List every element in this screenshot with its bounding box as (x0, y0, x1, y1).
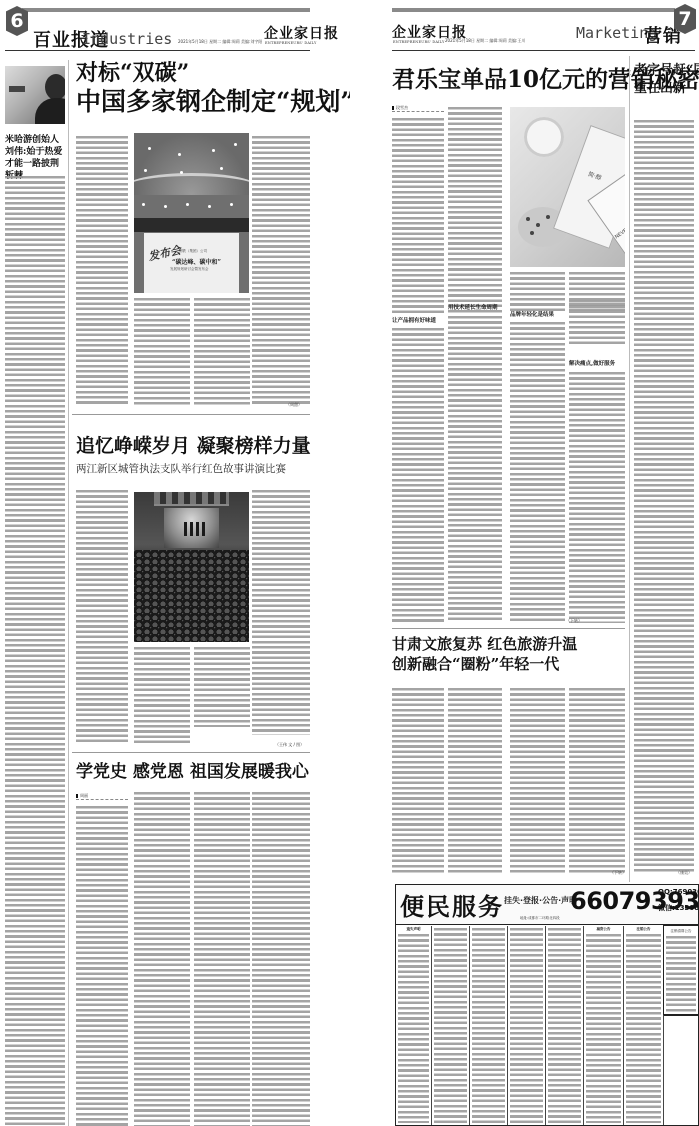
lead-body-col-3a (510, 272, 565, 312)
third-byline: 周丽 (76, 793, 128, 800)
second-credit: （王伟 文 / 图） (275, 742, 304, 748)
dateline: 2021年5月18日 星期二 编辑:周莉 美编:刘宇阳 (178, 39, 262, 45)
section-title-en: Industries (82, 30, 172, 48)
second-body-col-3 (510, 688, 565, 874)
lead-subhead-1: 让产品拥有好味道 (392, 316, 436, 324)
classified-column (470, 926, 508, 1125)
column-rule (68, 60, 69, 1126)
third-body-col-1 (76, 806, 128, 1126)
header-rule-bottom (5, 50, 310, 51)
dateline: 2021年5月18日 星期二 编辑:周莉 美编:王川 (445, 38, 525, 44)
portrait-photo (5, 66, 65, 124)
third-headline: 学党史 感党恩 祖国发展暖我心 (76, 764, 309, 782)
classified-column (546, 926, 584, 1125)
section-divider (72, 414, 310, 415)
header-rule-top (22, 8, 310, 12)
second-headline-line2: 创新融合“圈粉”年轻一代 (392, 657, 559, 673)
classified-column: 注销公告 (624, 926, 664, 1125)
column-rule (629, 56, 630, 882)
side-story-body (634, 120, 694, 872)
classifieds-title: 便民服务 (400, 887, 504, 922)
lead-end-mark: （周甜） (286, 402, 302, 408)
second-body-col-4 (569, 688, 625, 874)
lead-body-col-4 (252, 136, 310, 406)
header-rule-bottom (392, 50, 695, 51)
lead-body-col-1b (392, 328, 444, 623)
classifieds-block: 便民服务 挂失·登报·公告·声明 66079393 QQ:769036015 微… (395, 884, 699, 1126)
section-divider-2 (72, 752, 310, 753)
lead-subhead-4: 解决痛点,做好服务 (569, 359, 615, 367)
lead-headline-line1: 对标“双碳” (76, 62, 189, 85)
stage-event-photo (134, 492, 249, 642)
page-number-badge: 7 (674, 4, 696, 34)
page-number-badge: 6 (6, 6, 28, 36)
classifieds-subtitle: 挂失·登报·公告·声明 (504, 895, 577, 906)
side-headline-line2: 重在出新 (634, 82, 686, 96)
screen-text-company: 钢铁（集团）公司 (179, 249, 207, 254)
classified-column (508, 926, 546, 1125)
notice-title: 注销清算公告 (664, 929, 698, 934)
product-photo: 简·醇 NEVER ENDING JOURNEY (510, 107, 625, 267)
second-body-col-2 (134, 647, 190, 745)
second-end-mark: （下转） (610, 870, 626, 876)
second-body-col-1 (392, 688, 444, 874)
lead-body-col-3 (510, 322, 565, 623)
lead-subhead-3: 品牌年轻化是结果 (510, 310, 554, 318)
masthead-en: ENTREPRENEURS' DAILY (265, 41, 317, 45)
classifieds-address: 地址:成都市二环路北四段 (520, 916, 560, 921)
lead-byline: 段雪杰 (392, 105, 444, 112)
conference-photo: 发布会 钢铁（集团）公司 “碳达峰、碳中和” 发展规划研讨会暨发布会 (134, 133, 249, 293)
classifieds-wechat: 微信:13308082189 (658, 903, 699, 913)
lead-body-col-2 (448, 107, 502, 313)
second-body-col-3 (194, 647, 250, 727)
liquidation-notice: 注销清算公告 (663, 925, 699, 1015)
lead-body-col-4b (569, 372, 625, 623)
classifieds-qq: QQ:769036015 (658, 888, 699, 896)
lead-body-col-2b (448, 316, 502, 623)
second-body-col-4 (252, 490, 310, 735)
second-headline-line1: 甘肃文旅复苏 红色旅游升温 (392, 637, 577, 653)
second-body-col-1 (76, 490, 128, 745)
second-subheadline: 两江新区城管执法支队举行红色故事讲演比赛 (76, 461, 286, 476)
lead-body-col-3 (194, 298, 250, 406)
lead-body-col-1 (76, 136, 128, 406)
classified-column: 遗失声明 (396, 926, 432, 1125)
masthead-en: ENTREPRENEURS' DAILY (393, 40, 445, 44)
third-body-col-3 (194, 792, 250, 1126)
classified-column: 减资公告 (584, 926, 624, 1125)
side-story-body (5, 176, 65, 1126)
side-end-mark: （康昊） (676, 870, 692, 876)
section-divider (392, 628, 625, 629)
lead-body-col-2 (134, 298, 190, 406)
masthead: 企业家日报 (264, 23, 339, 43)
third-body-col-4 (252, 792, 310, 1126)
classifieds-header: 便民服务 挂失·登报·公告·声明 66079393 QQ:769036015 微… (396, 885, 698, 925)
lead-subhead-2: 用技术延长生命周期 (448, 303, 498, 311)
screen-text-event: 发展规划研讨会暨发布会 (170, 267, 209, 272)
classified-column (432, 926, 470, 1125)
third-body-col-2 (134, 792, 190, 1126)
lead-body-col-4a (569, 300, 625, 345)
lead-end-mark: （下转） (566, 618, 582, 624)
header-rule-top (392, 8, 675, 12)
side-headline-line1: 老字号赶“国潮” (634, 64, 699, 78)
lead-body-col-1 (392, 118, 444, 313)
second-body-col-2 (448, 688, 502, 874)
screen-text-title: “碳达峰、碳中和” (172, 257, 221, 266)
second-headline: 追忆峥嵘岁月 凝聚榜样力量 (76, 437, 311, 457)
page-6: 6 百业报道 Industries 2021年5月18日 星期二 编辑:周莉 美… (0, 0, 350, 1126)
